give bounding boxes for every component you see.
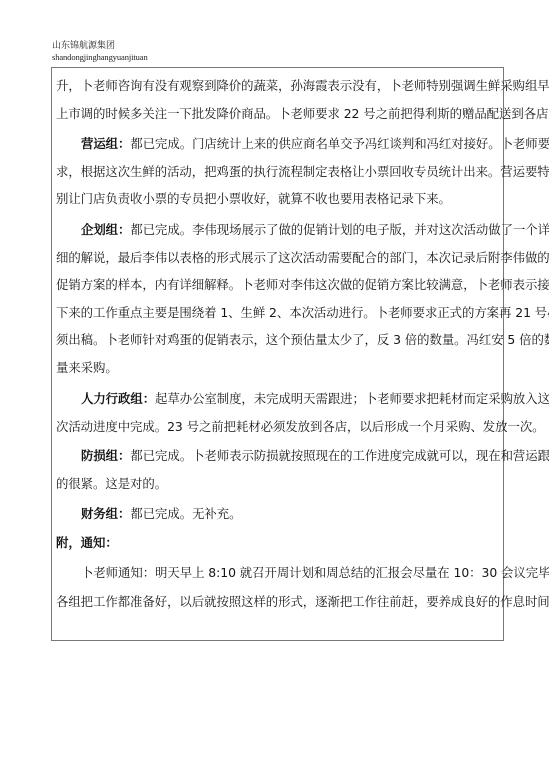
text-line: 各组把工作都准备好，以后就按照这样的形式，逐渐把工作往前赶，要养成良好的作息时间…: [56, 592, 549, 610]
line-text: 都已完成。卜老师表示防损就按照现在的工作进度完成就可以，现在和营运跟: [130, 448, 549, 463]
text-line: 升，卜老师咨询有没有观察到降价的蔬菜，孙海霞表示没有，卜老师特别强调生鲜采购组早: [56, 76, 549, 94]
section-label: 防损组：: [81, 448, 130, 463]
text-line: 营运组：都已完成。门店统计上来的供应商名单交予冯红谈判和冯红对接好。卜老师要: [81, 134, 549, 152]
text-line: 附，通知：: [56, 533, 118, 551]
text-line: 下来的工作重点主要是围绕着 1、生鲜 2、本次活动进行。卜老师要求正式的方案再 …: [56, 303, 549, 321]
line-text: 须出稿。卜老师针对鸡蛋的促销表示，这个预估量太少了，反 3 倍的数量。冯红安 5…: [56, 332, 549, 347]
page-header: 山东锦航源集团 shandongjinghangyuanjituan: [52, 41, 148, 63]
line-text: 起草办公室制度，未完成明天需跟进；卜老师要求把耗材而定采购放入这: [155, 391, 549, 406]
section-label: 营运组：: [81, 136, 130, 151]
text-line: 企划组：都已完成。李伟现场展示了做的促销计划的电子版，并对这次活动做了一个详: [81, 220, 549, 238]
line-text: 别让门店负责收小票的专员把小票收好，就算不收也要用表格记录下来。: [56, 191, 451, 206]
text-line: 次活动进度中完成。23 号之前把耗材必须发放到各店，以后形成一个月采购、发放一次…: [56, 417, 545, 435]
line-text: 促销方案的样本，内有详细解释。卜老师对李伟这次做的促销方案比较满意，卜老师表示接: [56, 277, 549, 292]
line-text: 下来的工作重点主要是围绕着 1、生鲜 2、本次活动进行。卜老师要求正式的方案再 …: [56, 305, 549, 320]
line-text: 卜老师通知：明天早上 8:10 就召开周计划和周总结的汇报会尽量在 10：30 …: [81, 565, 549, 580]
text-line: 须出稿。卜老师针对鸡蛋的促销表示，这个预估量太少了，反 3 倍的数量。冯红安 5…: [56, 330, 549, 348]
text-line: 细的解说，最后李伟以表格的形式展示了这次活动需要配合的部门，本次记录后附李伟做的: [56, 248, 549, 266]
line-text: 升，卜老师咨询有没有观察到降价的蔬菜，孙海霞表示没有，卜老师特别强调生鲜采购组早: [56, 78, 549, 93]
text-line: 量来采购。: [56, 358, 118, 376]
company-name-pinyin: shandongjinghangyuanjituan: [52, 52, 148, 63]
section-label: 附，通知：: [56, 535, 118, 550]
line-text: 求，根据这次生鲜的活动，把鸡蛋的执行流程制定表格让小票回收专员统计出来。营运要特: [56, 164, 549, 179]
text-line: 人力行政组：起草办公室制度，未完成明天需跟进；卜老师要求把耗材而定采购放入这: [81, 389, 549, 407]
line-text: 上市调的时候多关注一下批发降价商品。卜老师要求 22 号之前把得利斯的赠品配送到…: [56, 106, 549, 121]
text-line: 卜老师通知：明天早上 8:10 就召开周计划和周总结的汇报会尽量在 10：30 …: [81, 563, 549, 581]
text-line: 防损组：都已完成。卜老师表示防损就按照现在的工作进度完成就可以，现在和营运跟: [81, 446, 549, 464]
line-text: 都已完成。门店统计上来的供应商名单交予冯红谈判和冯红对接好。卜老师要: [130, 136, 549, 151]
content-frame: [51, 67, 504, 641]
line-text: 各组把工作都准备好，以后就按照这样的形式，逐渐把工作往前赶，要养成良好的作息时间…: [56, 594, 549, 609]
section-label: 财务组：: [81, 506, 130, 521]
text-line: 财务组：都已完成。无补充。: [81, 504, 241, 522]
section-label: 人力行政组：: [81, 391, 155, 406]
line-text: 量来采购。: [56, 360, 118, 375]
line-text: 都已完成。无补充。: [130, 506, 241, 521]
text-line: 促销方案的样本，内有详细解释。卜老师对李伟这次做的促销方案比较满意，卜老师表示接: [56, 275, 549, 293]
section-label: 企划组：: [81, 222, 130, 237]
line-text: 的很紧。这是对的。: [56, 476, 167, 491]
text-line: 上市调的时候多关注一下批发降价商品。卜老师要求 22 号之前把得利斯的赠品配送到…: [56, 104, 549, 122]
line-text: 都已完成。李伟现场展示了做的促销计划的电子版，并对这次活动做了一个详: [130, 222, 549, 237]
company-name-cn: 山东锦航源集团: [52, 41, 148, 52]
line-text: 次活动进度中完成。23 号之前把耗材必须发放到各店，以后形成一个月采购、发放一次…: [56, 419, 545, 434]
text-line: 求，根据这次生鲜的活动，把鸡蛋的执行流程制定表格让小票回收专员统计出来。营运要特: [56, 162, 549, 180]
text-line: 别让门店负责收小票的专员把小票收好，就算不收也要用表格记录下来。: [56, 189, 451, 207]
line-text: 细的解说，最后李伟以表格的形式展示了这次活动需要配合的部门，本次记录后附李伟做的: [56, 250, 549, 265]
text-line: 的很紧。这是对的。: [56, 474, 167, 492]
